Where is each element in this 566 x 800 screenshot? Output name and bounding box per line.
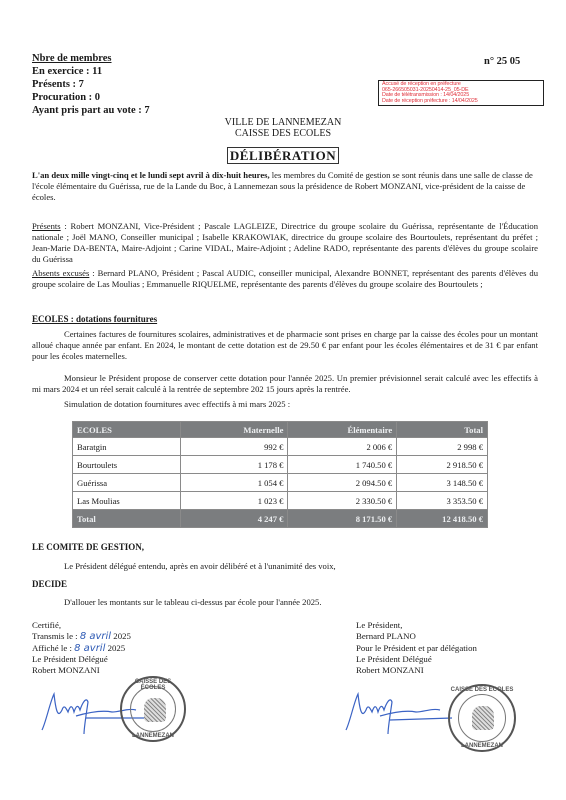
table-cell-total: 3 353.50 € xyxy=(397,492,488,510)
dotation-table: ECOLES Maternelle Élémentaire Total Bara… xyxy=(72,421,488,528)
table-cell-ecole: Guérissa xyxy=(73,474,181,492)
table-header-ecoles: ECOLES xyxy=(73,422,181,438)
section-paragraph-1: Certaines factures de fournitures scolai… xyxy=(32,329,538,362)
signature-block-left: Certifié, Transmis le : 8 avril 2025 Aff… xyxy=(32,620,131,676)
transmis-handwritten-date: 8 avril xyxy=(80,631,111,642)
comite-heading: LE COMITE DE GESTION, xyxy=(32,542,144,552)
transmis-line: Transmis le : 8 avril 2025 xyxy=(32,631,131,642)
table-cell-ecole: Baratgin xyxy=(73,438,181,456)
table-total-row: Total4 247 €8 171.50 €12 418.50 € xyxy=(73,510,488,528)
table-cell-maternelle: 1 023 € xyxy=(180,492,288,510)
table-cell-total: 3 148.50 € xyxy=(397,474,488,492)
caisse-des-ecoles-seal-left-icon: CAISSE DES ÉCOLES LANNEMEZAN xyxy=(120,676,186,742)
members-en-exercice: En exercice : 11 xyxy=(32,65,150,78)
table-total-total: 12 418.50 € xyxy=(397,510,488,528)
members-ayant-vote: Ayant pris part au vote : 7 xyxy=(32,104,150,117)
table-header-total: Total xyxy=(397,422,488,438)
table-header-maternelle: Maternelle xyxy=(180,422,288,438)
table-cell-elementaire: 2 006 € xyxy=(288,438,397,456)
seal-left-top-text: CAISSE DES ÉCOLES xyxy=(122,679,184,691)
caisse-des-ecoles-seal-right-icon: CAISSE DES ECOLES LANNEMEZAN xyxy=(448,684,516,752)
affiche-year: 2025 xyxy=(105,643,125,653)
intro-paragraph: L'an deux mille vingt-cinq et le lundi s… xyxy=(32,170,538,203)
certifie-label: Certifié, xyxy=(32,620,131,631)
table-total-label: Total xyxy=(73,510,181,528)
table-cell-elementaire: 1 740.50 € xyxy=(288,456,397,474)
absents-paragraph: Absents excusés : Bernard PLANO, Préside… xyxy=(32,268,538,290)
affiche-line: Affiché le : 8 avril 2025 xyxy=(32,643,131,654)
seal-right-bottom-text: LANNEMEZAN xyxy=(450,743,514,749)
table-header-elementaire: Élémentaire xyxy=(288,422,397,438)
intro-date: L'an deux mille vingt-cinq et le lundi s… xyxy=(32,170,270,180)
section-paragraph-2: Monsieur le Président propose de conserv… xyxy=(32,373,538,395)
signature-block-right: Le Président, Bernard PLANO Pour le Prés… xyxy=(356,620,477,676)
table-cell-elementaire: 2 330.50 € xyxy=(288,492,397,510)
table-cell-maternelle: 992 € xyxy=(180,438,288,456)
members-procuration: Procuration : 0 xyxy=(32,91,150,104)
president-name: Bernard PLANO xyxy=(356,631,477,642)
table-row: Guérissa1 054 €2 094.50 €3 148.50 € xyxy=(73,474,488,492)
table-row: Baratgin992 €2 006 €2 998 € xyxy=(73,438,488,456)
table-cell-maternelle: 1 178 € xyxy=(180,456,288,474)
section-paragraph-3: Simulation de dotation fournitures avec … xyxy=(64,399,534,410)
table-row: Bourtoulets1 178 €1 740.50 €2 918.50 € xyxy=(73,456,488,474)
deliberation-number: n° 25 05 xyxy=(484,56,520,67)
organization-name: CAISSE DES ECOLES xyxy=(0,128,566,139)
table-header-row: ECOLES Maternelle Élémentaire Total xyxy=(73,422,488,438)
delegate-role: Le Président Délégué xyxy=(356,654,477,665)
delegation-label: Pour le Président et par délégation xyxy=(356,643,477,654)
presents-label: Présents xyxy=(32,221,61,231)
members-title: Nbre de membres xyxy=(32,52,150,65)
delegate-name: Robert MONZANI xyxy=(356,665,477,676)
table-cell-ecole: Las Moulias xyxy=(73,492,181,510)
deliberation-title-wrap: DÉLIBÉRATION xyxy=(0,147,566,165)
affiche-label: Affiché le : xyxy=(32,643,74,653)
signatory-role: Le Président Délégué xyxy=(32,654,131,665)
decide-text: D'allouer les montants sur le tableau ci… xyxy=(64,597,322,607)
signatory-name: Robert MONZANI xyxy=(32,665,131,676)
seal-right-top-text: CAISSE DES ECOLES xyxy=(450,687,514,693)
stamp-line-4: Date de réception préfecture : 14/04/202… xyxy=(382,99,540,105)
table-cell-total: 2 998 € xyxy=(397,438,488,456)
absents-text: : Bernard PLANO, Président ; Pascal AUDI… xyxy=(32,268,538,289)
prefecture-receipt-stamp: Accusé de réception en préfecture 065-26… xyxy=(378,80,544,106)
transmis-label: Transmis le : xyxy=(32,631,80,641)
handwritten-signature-right-icon xyxy=(344,682,454,742)
absents-label: Absents excusés xyxy=(32,268,89,278)
members-block: Nbre de membres En exercice : 11 Présent… xyxy=(32,52,150,117)
affiche-handwritten-date: 8 avril xyxy=(74,643,105,654)
presents-paragraph: Présents : Robert MONZANI, Vice-Présiden… xyxy=(32,221,538,265)
transmis-year: 2025 xyxy=(111,631,131,641)
president-label: Le Président, xyxy=(356,620,477,631)
seal-left-bottom-text: LANNEMEZAN xyxy=(122,733,184,739)
table-total-elementaire: 8 171.50 € xyxy=(288,510,397,528)
table-cell-elementaire: 2 094.50 € xyxy=(288,474,397,492)
deliberation-title: DÉLIBÉRATION xyxy=(227,147,339,164)
city-name: VILLE DE LANNEMEZAN xyxy=(0,117,566,128)
document-heading: VILLE DE LANNEMEZAN CAISSE DES ECOLES xyxy=(0,117,566,139)
table-cell-maternelle: 1 054 € xyxy=(180,474,288,492)
table-total-maternelle: 4 247 € xyxy=(180,510,288,528)
table-cell-total: 2 918.50 € xyxy=(397,456,488,474)
presents-text: : Robert MONZANI, Vice-Président ; Pasca… xyxy=(32,221,538,264)
section-title: ECOLES : dotations fournitures xyxy=(32,314,157,324)
comite-text: Le Président délégué entendu, après en a… xyxy=(64,561,336,571)
table-row: Las Moulias1 023 €2 330.50 €3 353.50 € xyxy=(73,492,488,510)
table-cell-ecole: Bourtoulets xyxy=(73,456,181,474)
decide-heading: DECIDE xyxy=(32,579,67,589)
members-presents: Présents : 7 xyxy=(32,78,150,91)
